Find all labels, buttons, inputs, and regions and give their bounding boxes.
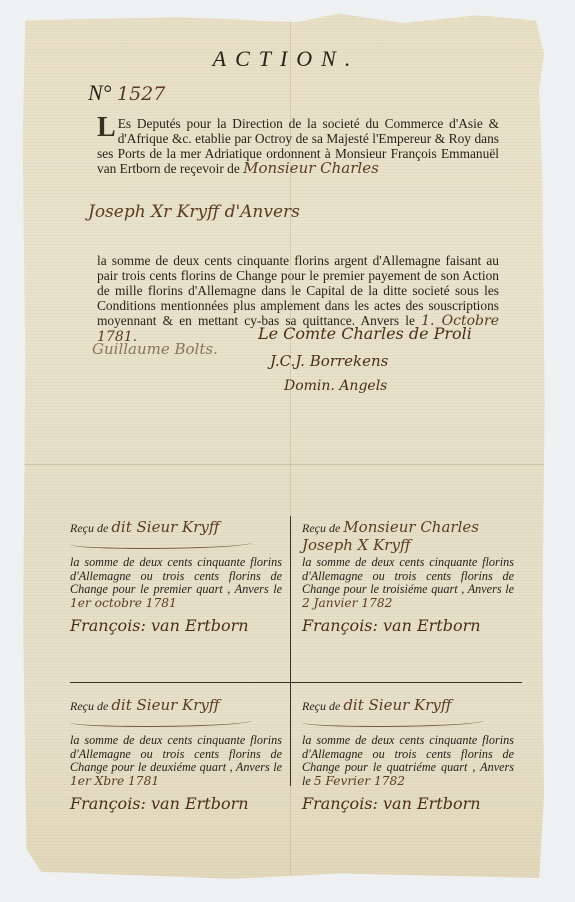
receipt-date-handwritten: 2 Janvier 1782 (302, 596, 392, 610)
flourish (70, 538, 252, 549)
receipt-text: la somme de deux cents cinquante florins… (302, 734, 514, 788)
payer-handwritten: dit Sieur Kryff (343, 696, 451, 714)
receipt-text: la somme de deux cents cinquante florins… (70, 556, 282, 610)
signature-angels: Domin. Angels (284, 378, 387, 394)
receipt-date-handwritten: 5 Fevrier 1782 (314, 774, 405, 788)
flourish (302, 716, 484, 727)
certificate-number: N° 1527 (88, 80, 165, 106)
drop-cap: L (97, 116, 116, 140)
receipt-second-quarter: Reçu de dit Sieur Kryff la somme de deux… (70, 688, 282, 813)
receipt-text: la somme de deux cents cinquante florins… (302, 556, 514, 610)
payer-handwritten: dit Sieur Kryff (111, 696, 219, 714)
number-prefix: N° (88, 80, 111, 105)
receipts-grid: Reçu de dit Sieur Kryff la somme de deux… (70, 510, 522, 840)
signature-bolts: Guillaume Bolts. (92, 340, 218, 358)
receipt-signature: François: van Ertborn (302, 794, 514, 813)
certificate-paper: ACTION. N° 1527 L Es Deputés pour la Dir… (20, 10, 552, 884)
recu-label: Reçu de (302, 521, 340, 535)
receipt-first-quarter: Reçu de dit Sieur Kryff la somme de deux… (70, 510, 282, 635)
recu-label: Reçu de (302, 699, 340, 713)
payer-handwritten: dit Sieur Kryff (111, 518, 219, 536)
receipt-fourth-quarter: Reçu de dit Sieur Kryff la somme de deux… (302, 688, 514, 813)
receipts-vertical-divider (290, 516, 291, 786)
recu-label: Reçu de (70, 699, 108, 713)
receipt-signature: François: van Ertborn (70, 616, 282, 635)
receipt-signature: François: van Ertborn (302, 616, 514, 635)
receipt-header: Reçu de dit Sieur Kryff (302, 696, 514, 734)
receipt-header: Reçu de dit Sieur Kryff (70, 696, 282, 734)
receipts-horizontal-divider (70, 682, 522, 683)
flourish (70, 716, 252, 727)
signature-borrekens: J.C.J. Borrekens (270, 352, 388, 370)
horizontal-fold-line (20, 464, 552, 465)
receipt-date-handwritten: 1er Xbre 1781 (70, 774, 159, 788)
recu-label: Reçu de (70, 521, 108, 535)
receipt-third-quarter: Reçu de Monsieur Charles Joseph X Kryff … (302, 510, 514, 635)
document-title: ACTION. (20, 46, 552, 72)
receipt-text: la somme de deux cents cinquante florins… (70, 734, 282, 788)
receipt-header: Reçu de Monsieur Charles Joseph X Kryff (302, 518, 514, 556)
receipt-signature: François: van Ertborn (70, 794, 282, 813)
payer-name-handwritten: Monsieur Charles (243, 159, 379, 177)
receipt-date-handwritten: 1er octobre 1781 (70, 596, 177, 610)
signature-proli: Le Comte Charles de Proli (258, 324, 472, 343)
number-value: 1527 (117, 83, 165, 105)
receipt-header: Reçu de dit Sieur Kryff (70, 518, 282, 556)
payer-line-handwritten: Joseph Xr Kryff d'Anvers (88, 202, 300, 222)
opening-paragraph: L Es Deputés pour la Direction de la soc… (97, 116, 499, 176)
